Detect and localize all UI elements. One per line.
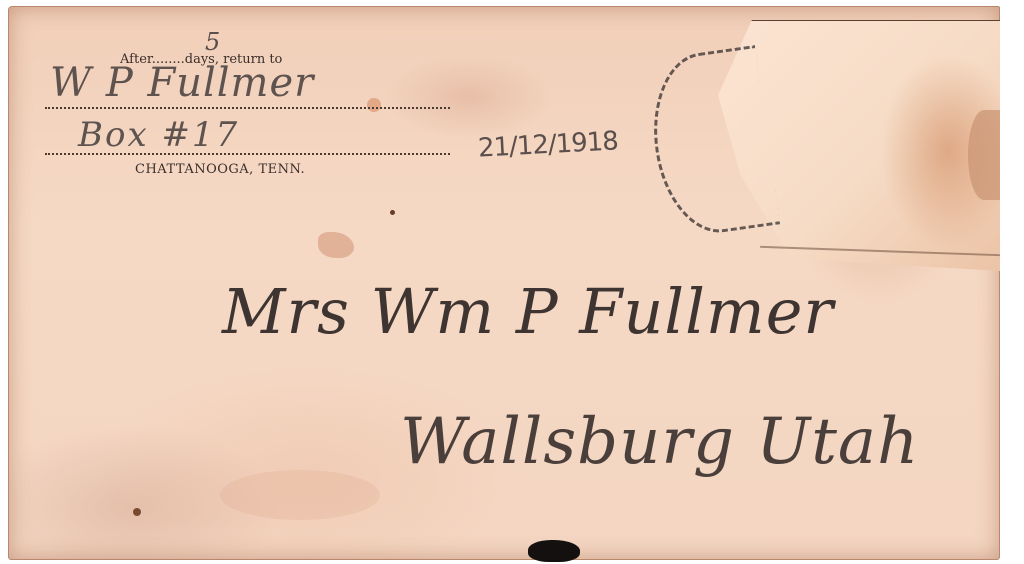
stain-spot: [390, 210, 395, 215]
stain-spot: [133, 508, 141, 516]
addressee-name: Mrs Wm P Fullmer: [222, 275, 834, 348]
return-name-line: [45, 107, 450, 109]
destination-city: Wallsburg Utah: [400, 405, 919, 479]
printed-city: CHATTANOOGA, TENN.: [135, 162, 305, 177]
handwritten-return-name: W P Fullmer: [50, 60, 314, 106]
stain-spot: [367, 98, 381, 112]
stain-spot: [220, 470, 380, 520]
edge-stain: [968, 110, 1000, 200]
ink-blot: [528, 540, 580, 562]
handwritten-return-box: Box #17: [78, 115, 239, 155]
handwritten-return-days: 5: [205, 28, 220, 56]
